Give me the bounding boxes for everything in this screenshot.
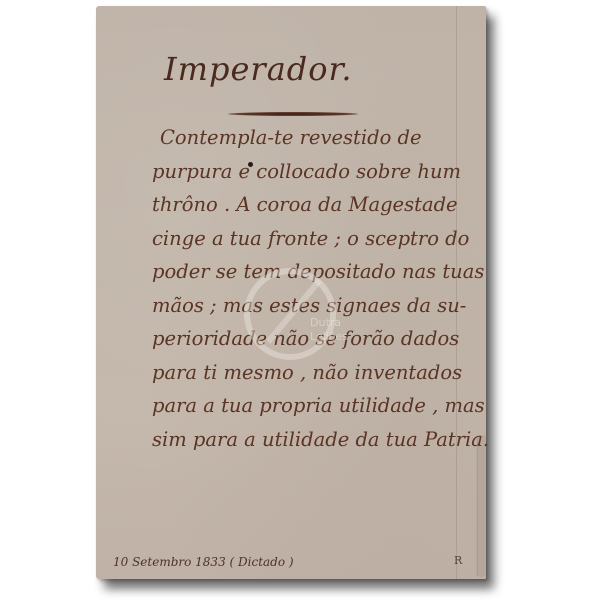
text-line: sim para a utilidade da tua Patria. — [152, 423, 482, 457]
title-underline — [228, 112, 358, 116]
text-line: poder se tem depositado nas tuas — [152, 255, 482, 289]
manuscript-page: Imperador. Contempla-te revestido de pur… — [96, 6, 486, 579]
text-line: purpura e collocado sobre hum — [152, 155, 482, 189]
document-title: Imperador. — [164, 50, 352, 88]
text-line: Contempla-te revestido de — [152, 121, 482, 155]
text-line: cinge a tua fronte ; o sceptro do — [152, 222, 482, 256]
manuscript-body: Contempla-te revestido de purpura e coll… — [152, 121, 482, 456]
text-line: perioridade não se forão dados — [152, 322, 482, 356]
torn-edge — [478, 436, 486, 576]
pencil-date-note: 10 Setembro 1833 ( Dictado ) — [113, 555, 294, 569]
text-line: para a tua propria utilidade , mas — [152, 389, 482, 423]
archive-initial: R — [454, 554, 462, 567]
text-line: thrôno . A coroa da Magestade — [152, 188, 482, 222]
text-line: mãos ; mas estes signaes da su- — [152, 289, 482, 323]
text-line: para ti mesmo , não inventados — [152, 356, 482, 390]
